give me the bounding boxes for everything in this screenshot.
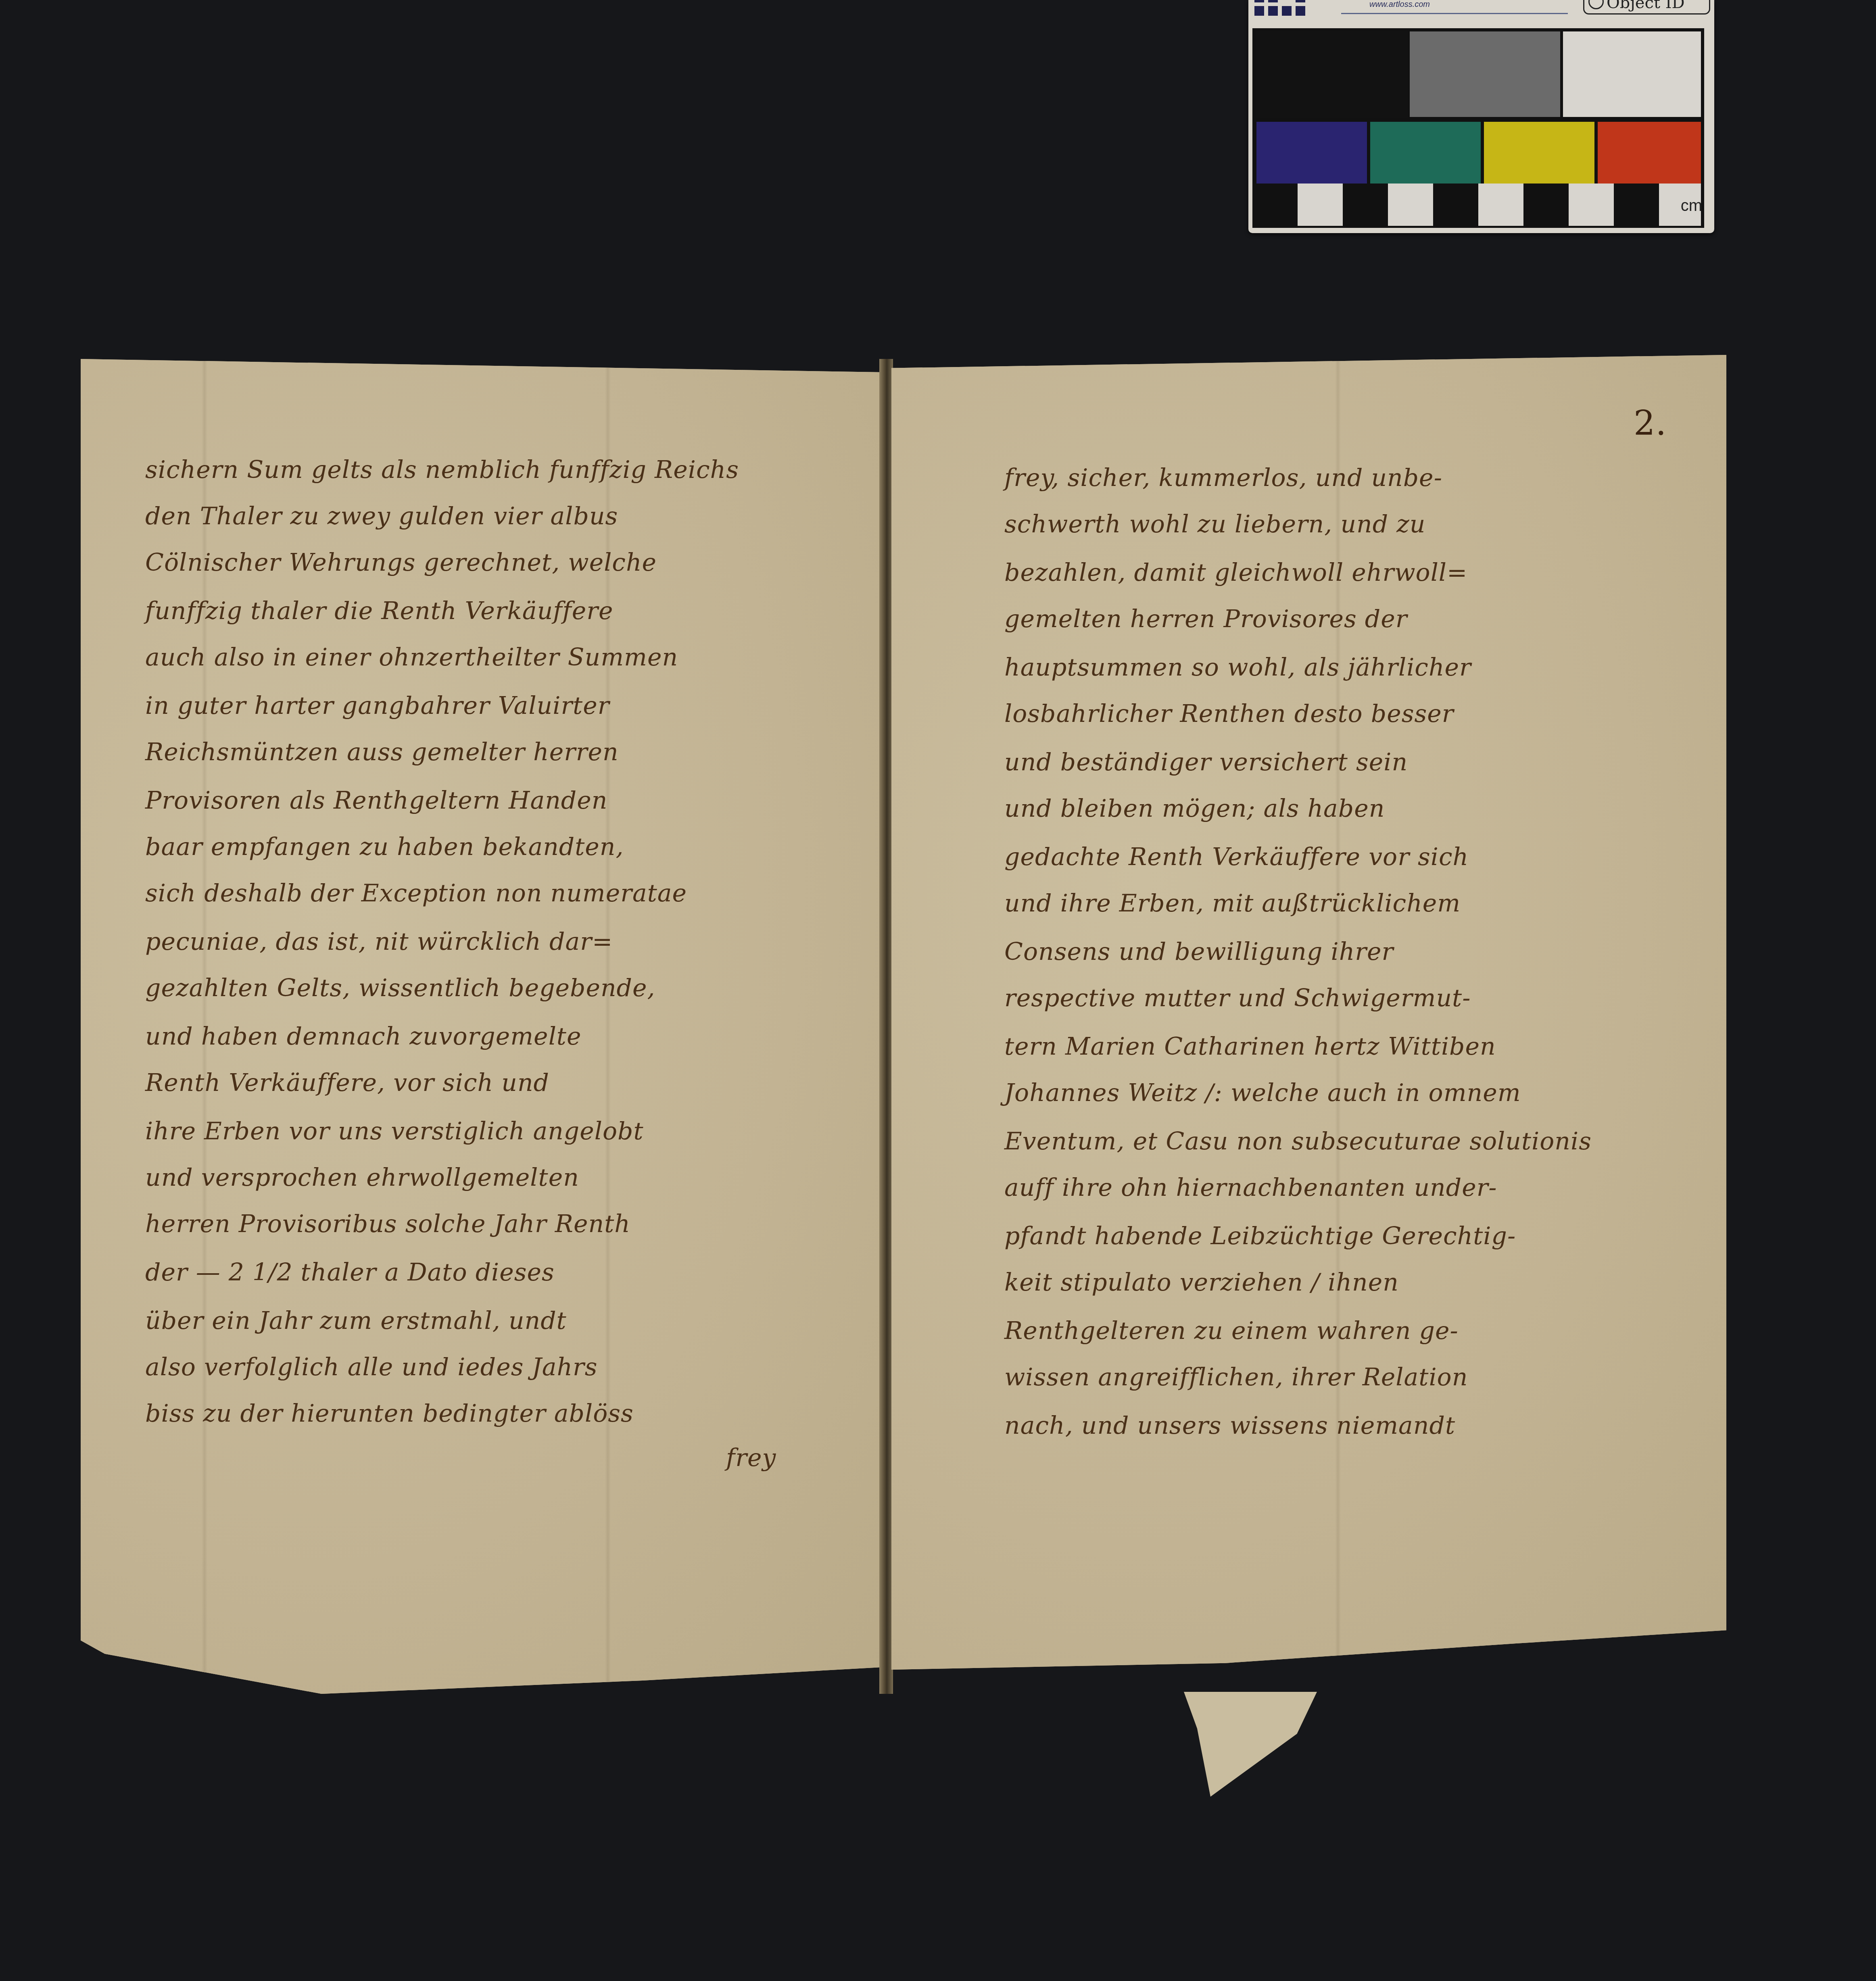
right-page: 2. frey, sicher, kummerlos, und unbe- sc… — [891, 355, 1726, 1670]
text-line: herren Provisoribus solche Jahr Renth — [145, 1210, 630, 1238]
text-line: sich deshalb der Exception non numeratae — [145, 879, 687, 907]
text-line: wissen angreifflichen, ihrer Relation — [1004, 1363, 1468, 1391]
color-calibration-card: www.artloss.com Object ID cm — [1248, 0, 1714, 233]
text-line: über ein Jahr zum erstmahl, undt — [145, 1307, 567, 1335]
text-line: gezahlten Gelts, wissentlich begebende, — [145, 974, 655, 1002]
text-line: Renth Verkäuffere, vor sich und — [145, 1069, 549, 1097]
text-line: funffzig thaler die Renth Verkäuffere — [145, 597, 613, 625]
text-line: Renthgelteren zu einem wahren ge- — [1004, 1317, 1459, 1345]
text-line: auch also in einer ohnzertheilter Summen — [145, 643, 678, 671]
cm-scale — [1252, 184, 1704, 228]
brand-text: Object ID — [1607, 0, 1685, 12]
text-line: gemelten herren Provisores der — [1004, 605, 1407, 633]
text-line: pecuniae, das ist, nit würcklich dar= — [145, 928, 613, 956]
text-line: Eventum, et Casu non subsecuturae soluti… — [1004, 1127, 1592, 1155]
text-line: und haben demnach zuvorgemelte — [145, 1022, 581, 1051]
text-line: hauptsummen so wohl, als jährlicher — [1004, 653, 1471, 682]
text-line: und versprochen ehrwollgemelten — [145, 1164, 579, 1192]
text-line: pfandt habende Leibzüchtige Gerechtig- — [1004, 1222, 1516, 1250]
text-line: Johannes Weitz /: welche auch in omnem — [1004, 1079, 1521, 1107]
patch-white — [1563, 31, 1701, 117]
folio-number: 2. — [1634, 403, 1667, 443]
text-line: der — 2 1/2 thaler a Dato dieses — [145, 1258, 555, 1287]
binding-gutter — [879, 359, 893, 1694]
text-line: baar empfangen zu haben bekandten, — [145, 833, 624, 861]
text-line: keit stipulato verziehen / ihnen — [1004, 1268, 1399, 1297]
text-line: gedachte Renth Verkäuffere vor sich — [1004, 843, 1469, 871]
text-line: Reichsmüntzen auss gemelter herren — [145, 738, 619, 766]
patch-gray — [1410, 31, 1560, 117]
text-line: also verfolglich alle und iedes Jahrs — [145, 1353, 598, 1381]
card-url-text: www.artloss.com — [1369, 0, 1430, 9]
text-line: und bleiben mögen; als haben — [1004, 794, 1385, 823]
text-line: tern Marien Catharinen hertz Wittiben — [1004, 1032, 1496, 1061]
paper-tab — [1184, 1692, 1317, 1797]
text-line: frey, sicher, kummerlos, und unbe- — [1004, 464, 1442, 492]
text-line: schwerth wohl zu liebern, und zu — [1004, 510, 1425, 538]
manuscript-document: sichern Sum gelts als nemblich funffzig … — [81, 359, 1726, 1706]
text-line: und beständiger versichert sein — [1004, 748, 1408, 776]
text-line: sichern Sum gelts als nemblich funffzig … — [145, 456, 739, 484]
object-id-logo: Object ID — [1583, 0, 1710, 15]
logo-squares-icon — [1254, 0, 1323, 16]
card-divider — [1341, 13, 1568, 14]
text-line: ihre Erben vor uns verstiglich angelobt — [145, 1117, 644, 1145]
text-line: frey — [726, 1444, 776, 1472]
text-line: in guter harter gangbahrer Valuirter — [145, 692, 609, 720]
left-page: sichern Sum gelts als nemblich funffzig … — [81, 359, 883, 1694]
globe-icon — [1588, 0, 1604, 9]
text-line: bezahlen, damit gleichwoll ehrwoll= — [1004, 559, 1467, 587]
cm-unit-label: cm — [1681, 197, 1702, 215]
text-line: und ihre Erben, mit außtrücklichem — [1004, 889, 1461, 918]
text-line: Consens und bewilligung ihrer — [1004, 938, 1394, 966]
text-line: nach, und unsers wissens niemandt — [1004, 1412, 1455, 1440]
text-line: losbahrlicher Renthen desto besser — [1004, 700, 1454, 728]
patch-black — [1256, 31, 1408, 118]
text-line: Provisoren als Renthgeltern Handen — [145, 786, 607, 815]
text-line: respective mutter und Schwigermut- — [1004, 984, 1471, 1012]
text-line: biss zu der hierunten bedingter ablöss — [145, 1399, 634, 1428]
text-line: den Thaler zu zwey gulden vier albus — [145, 502, 618, 530]
text-line: Cölnischer Wehrungs gerechnet, welche — [145, 548, 657, 577]
text-line: auff ihre ohn hiernachbenanten under- — [1004, 1174, 1497, 1202]
